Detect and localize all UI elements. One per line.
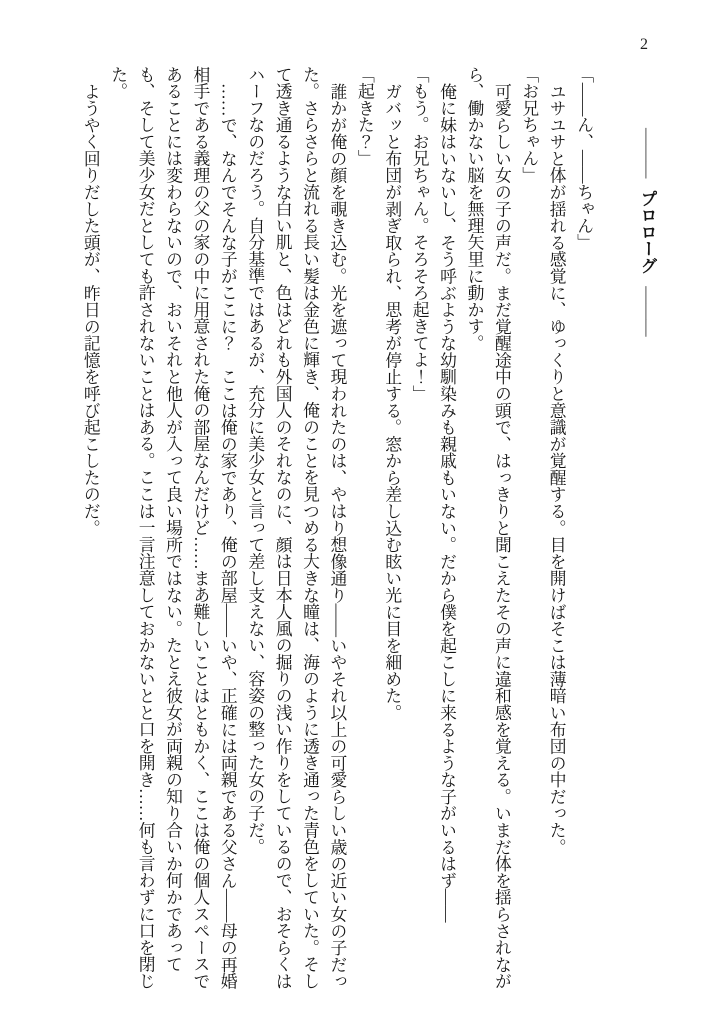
- paragraph: 誰かが俺の顔を覗き込む。光を遮って現われたのは、やはり想像通り――いやそれ以上の…: [241, 66, 351, 990]
- vertical-text-body: ―――プロローグ――― 「――ん、――ちゃん」 ユサユサと体が揺れる感覚に、ゆっ…: [77, 66, 661, 990]
- title-rule-top: ―――: [638, 128, 657, 178]
- chapter-title-text: プロローグ: [638, 190, 657, 274]
- paragraph: ユサユサと体が揺れる感覚に、ゆっくりと意識が覚醒する。目を開けばそこは薄暗い布団…: [543, 66, 570, 990]
- dialogue-line: 「お兄ちゃん」: [515, 66, 542, 990]
- page-number: 2: [640, 36, 648, 54]
- novel-page: 2 ―――プロローグ――― 「――ん、――ちゃん」 ユサユサと体が揺れる感覚に、…: [0, 0, 721, 1024]
- dialogue-line: 「もう。お兄ちゃん。そろそろ起きてよ！」: [406, 66, 433, 990]
- paragraph: ガバッと布団が剥ぎ取られ、思考が停止する。窓から差し込む眩い光に目を細めた。: [378, 66, 405, 990]
- dialogue-line: 「起きた？」: [351, 66, 378, 990]
- paragraph: 可愛らしい女の子の声だ。まだ覚醒途中の頭で、はっきりと聞こえたその声に違和感を覚…: [461, 66, 516, 990]
- paragraph: ようやく回りだした頭が、昨日の記憶を呼び起こしたのだ。: [77, 66, 104, 990]
- paragraph: 俺に妹はいないし、そう呼ぶような幼馴染みも親戚もいない。だから僕を起こしに来るよ…: [433, 66, 460, 990]
- paragraph: ……で、なんでそんな子がここに？ ここは俺の家であり、俺の部屋――いや、正確には…: [104, 66, 241, 990]
- chapter-title: ―――プロローグ―――: [634, 66, 661, 990]
- title-rule-bottom: ―――: [638, 286, 657, 336]
- dialogue-line: 「――ん、――ちゃん」: [570, 66, 597, 990]
